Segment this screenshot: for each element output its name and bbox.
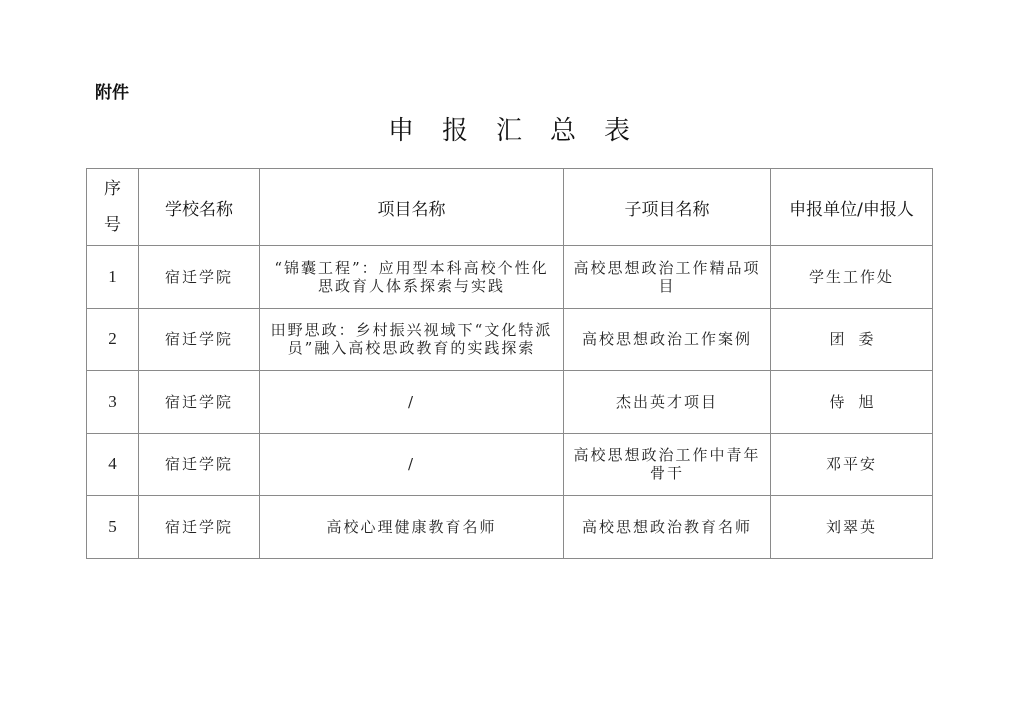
cell-applicant: 团委 (771, 308, 933, 371)
cell-seq: 4 (87, 433, 139, 496)
cell-project: / (260, 371, 564, 434)
cell-seq: 2 (87, 308, 139, 371)
header-applicant: 申报单位/申报人 (771, 169, 933, 246)
table-header-row: 序号 学校名称 项目名称 子项目名称 申报单位/申报人 (87, 169, 933, 246)
table-row: 3 宿迁学院 / 杰出英才项目 侍旭 (87, 371, 933, 434)
cell-school: 宿迁学院 (139, 308, 260, 371)
cell-applicant: 学生工作处 (771, 246, 933, 309)
cell-applicant: 侍旭 (771, 371, 933, 434)
cell-project: 高校心理健康教育名师 (260, 496, 564, 559)
cell-school: 宿迁学院 (139, 371, 260, 434)
summary-table: 序号 学校名称 项目名称 子项目名称 申报单位/申报人 1 宿迁学院 “锦囊工程… (86, 168, 933, 559)
cell-subproject: 杰出英才项目 (564, 371, 771, 434)
header-seq: 序号 (87, 169, 139, 246)
table-row: 4 宿迁学院 / 高校思想政治工作中青年骨干 邓平安 (87, 433, 933, 496)
cell-project: / (260, 433, 564, 496)
header-subproject: 子项目名称 (564, 169, 771, 246)
page-title: 申报汇总表 (0, 110, 1024, 147)
cell-project: 田野思政：乡村振兴视域下“文化特派员”融入高校思政教育的实践探索 (260, 308, 564, 371)
header-seq-line2: 号 (104, 215, 121, 235)
cell-subproject: 高校思想政治工作中青年骨干 (564, 433, 771, 496)
cell-school: 宿迁学院 (139, 433, 260, 496)
header-project: 项目名称 (260, 169, 564, 246)
cell-school: 宿迁学院 (139, 496, 260, 559)
header-seq-line1: 序 (104, 179, 121, 199)
header-school: 学校名称 (139, 169, 260, 246)
cell-subproject: 高校思想政治工作精品项目 (564, 246, 771, 309)
cell-seq: 3 (87, 371, 139, 434)
table-row: 2 宿迁学院 田野思政：乡村振兴视域下“文化特派员”融入高校思政教育的实践探索 … (87, 308, 933, 371)
attachment-label: 附件 (95, 78, 129, 103)
table-row: 5 宿迁学院 高校心理健康教育名师 高校思想政治教育名师 刘翠英 (87, 496, 933, 559)
cell-subproject: 高校思想政治工作案例 (564, 308, 771, 371)
cell-school: 宿迁学院 (139, 246, 260, 309)
cell-applicant: 刘翠英 (771, 496, 933, 559)
cell-subproject: 高校思想政治教育名师 (564, 496, 771, 559)
cell-project: “锦囊工程”：应用型本科高校个性化思政育人体系探索与实践 (260, 246, 564, 309)
cell-seq: 5 (87, 496, 139, 559)
table-row: 1 宿迁学院 “锦囊工程”：应用型本科高校个性化思政育人体系探索与实践 高校思想… (87, 246, 933, 309)
cell-seq: 1 (87, 246, 139, 309)
cell-applicant: 邓平安 (771, 433, 933, 496)
